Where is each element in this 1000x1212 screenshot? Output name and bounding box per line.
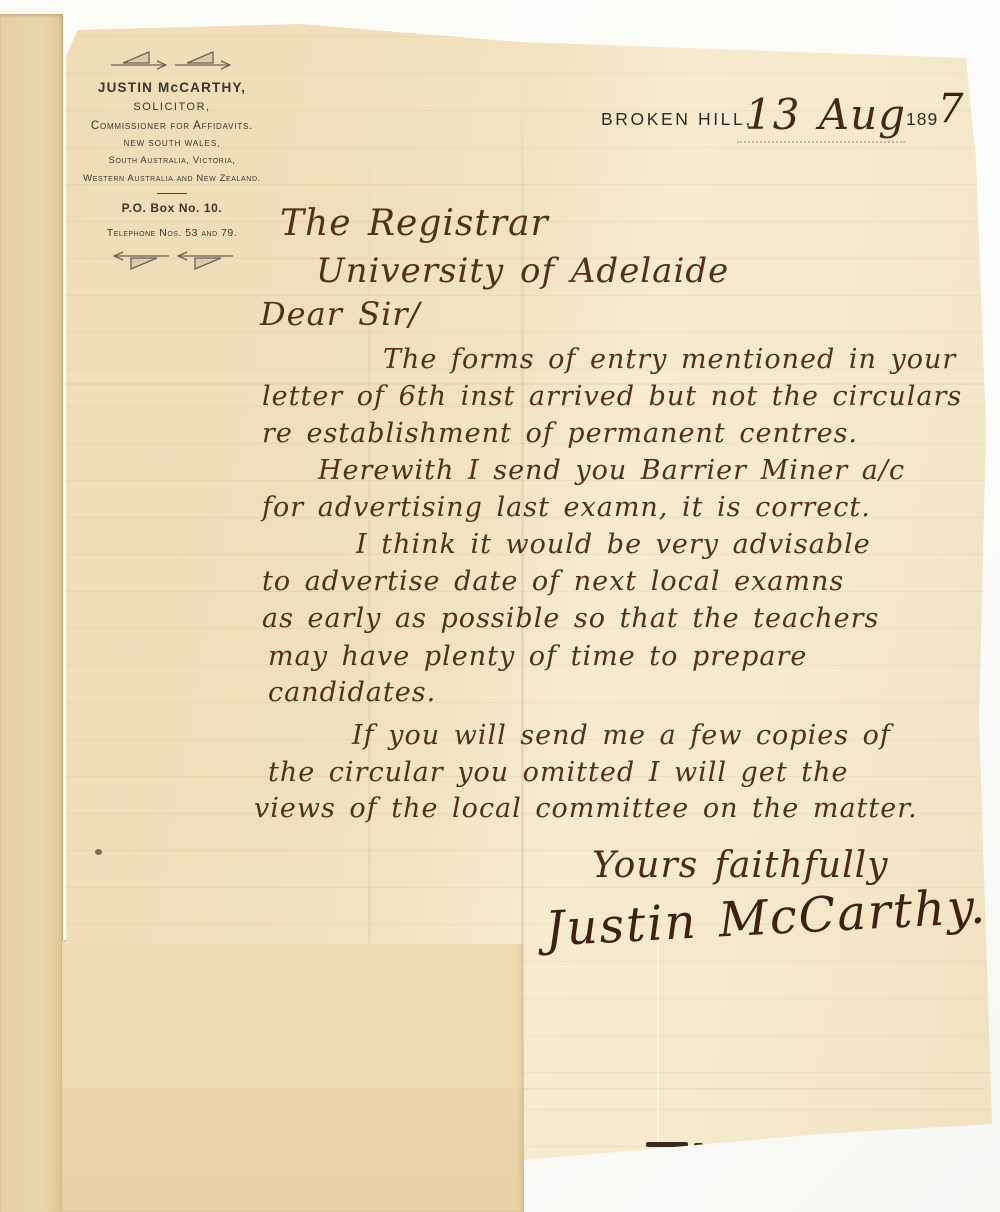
staple-mark	[646, 1142, 688, 1147]
letterhead-region: NEW SOUTH WALES,	[58, 139, 286, 148]
underlying-page-bottom	[62, 940, 524, 1212]
letterhead: JUSTIN McCARTHY, SOLICITOR, Commissioner…	[58, 46, 286, 275]
handwritten-line: the circular you omitted I will get the	[268, 757, 848, 788]
handwritten-year-digit: 7	[938, 86, 964, 132]
handwritten-line: letter of 6th inst arrived but not the c…	[262, 381, 962, 412]
vertical-fold-highlight	[657, 940, 659, 1158]
dateline-printed-year: 189	[906, 109, 938, 130]
scanned-letter: JUSTIN McCARTHY, SOLICITOR, Commissioner…	[0, 0, 1000, 1212]
handwritten-line: re establishment of permanent centres.	[262, 418, 858, 449]
handwritten-date: 13 Aug	[745, 90, 906, 139]
handwritten-line: Herewith I send you Barrier Miner a/c	[318, 455, 905, 486]
handwritten-line: as early as possible so that the teacher…	[262, 603, 879, 634]
ink-blemish	[95, 849, 102, 855]
letterhead-name: JUSTIN McCARTHY,	[58, 80, 286, 95]
letterhead-title: SOLICITOR,	[58, 101, 286, 113]
printer-ornament-icon	[109, 249, 235, 275]
handwritten-line: for advertising last examn, it is correc…	[262, 492, 871, 523]
handwritten-line: to advertise date of next local examns	[262, 566, 844, 597]
letterhead-commission: Commissioner for Affidavits.	[58, 120, 286, 132]
horizontal-fold-crease	[523, 1088, 985, 1090]
dateline-dotted-rule	[737, 141, 905, 143]
letterhead-telephone: Telephone Nos. 53 and 79.	[58, 227, 286, 239]
signature: Justin McCarthy.	[544, 878, 988, 957]
valediction: Yours faithfully	[592, 845, 888, 886]
salutation: Dear Sir/	[260, 295, 420, 333]
handwritten-line: If you will send me a few copies of	[352, 720, 891, 751]
recipient-line: University of Adelaide	[316, 251, 729, 291]
underlying-page-edge	[0, 14, 63, 1212]
staple-mark	[694, 1143, 703, 1147]
recipient-line: The Registrar	[280, 203, 549, 244]
handwritten-line: The forms of entry mentioned in your	[383, 344, 956, 375]
handwritten-line: candidates.	[268, 677, 436, 708]
letterhead-po-box: P.O. Box No. 10.	[58, 201, 286, 215]
handwritten-line: I think it would be very advisable	[356, 529, 871, 560]
dateline-place: BROKEN HILL,	[601, 109, 753, 130]
handwritten-line: may have plenty of time to prepare	[268, 641, 807, 672]
handwritten-line: views of the local committee on the matt…	[254, 793, 918, 824]
letterhead-divider	[157, 193, 187, 194]
printer-ornament-icon	[109, 46, 235, 72]
letterhead-region: South Australia, Victoria,	[58, 155, 286, 166]
letterhead-region: Western Australia and New Zealand.	[58, 173, 286, 184]
